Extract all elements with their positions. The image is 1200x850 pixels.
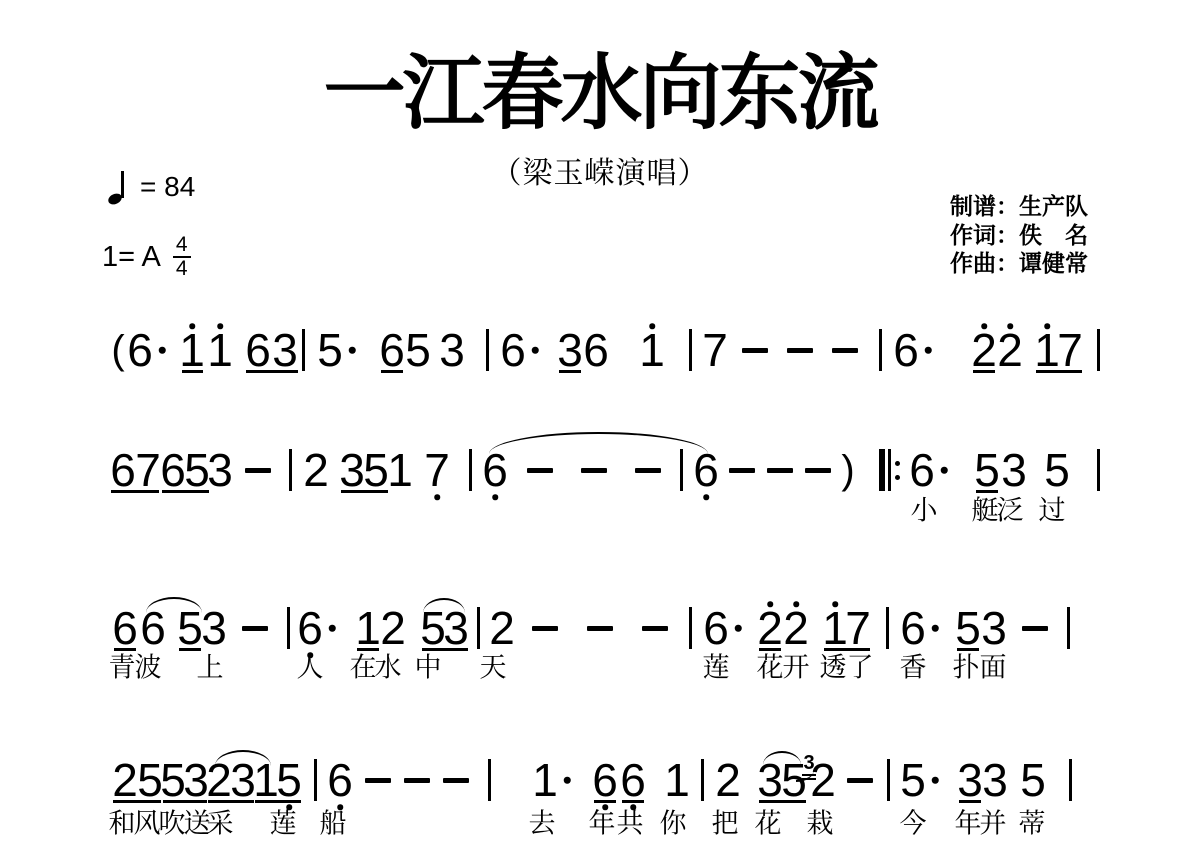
dot-after [329, 625, 336, 632]
jianpu-note-digit: 3 [183, 757, 209, 803]
barline [314, 759, 317, 801]
jianpu-note-digit: 3 [1001, 447, 1027, 493]
lyric-char: 采 [207, 802, 234, 841]
lyric-char: 共 [617, 802, 644, 841]
dot-after [532, 347, 539, 354]
jianpu-note-digit: 6 [110, 447, 136, 493]
dash-line [767, 468, 793, 473]
jianpu-note-digit: 3 [557, 327, 583, 373]
slur-arc [423, 598, 465, 613]
sheet-music-page: 一江春水向东流 （梁玉嵘演唱） = 84 1= A 4 4 制谱：生产队 作词：… [0, 0, 1200, 850]
beam-underline [182, 370, 203, 373]
jianpu-note-digit: 1 [179, 327, 205, 373]
dash-line [245, 468, 271, 473]
dash-line [1022, 626, 1048, 631]
dash-line [742, 348, 768, 353]
dash-line [587, 626, 613, 631]
jianpu-note-digit: 5 [974, 447, 1000, 493]
beam-underline [246, 370, 298, 373]
repeat-begin-sign [895, 461, 900, 466]
octave-dot-high [1007, 323, 1013, 329]
lyric-char: 花 [755, 802, 782, 841]
jianpu-note-digit: 6 [620, 757, 646, 803]
jianpu-note-digit: 7 [424, 447, 450, 493]
octave-dot-low [703, 494, 709, 500]
lyric-char: 小 [911, 489, 938, 528]
lyric-char: 面 [980, 646, 1007, 685]
jianpu-note-digit: 7 [1057, 327, 1083, 373]
slur-arc [146, 597, 202, 613]
barline [302, 329, 305, 371]
jianpu-note-digit: 6 [160, 447, 186, 493]
lyric-char: 香 [900, 646, 927, 685]
jianpu-note-digit: 6 [500, 327, 526, 373]
jianpu-note-digit: 1 [639, 327, 665, 373]
lyric-char: 今 [900, 802, 927, 841]
dash-line [805, 468, 831, 473]
jianpu-note-digit: 6 [909, 447, 935, 493]
jianpu-note-digit: 1 [207, 327, 233, 373]
jianpu-note-digit: 3 [201, 605, 227, 651]
barline [680, 449, 683, 491]
jianpu-note-digit: 5 [184, 447, 210, 493]
lyric-char: 把 [712, 802, 739, 841]
jianpu-note-digit: 3 [957, 757, 983, 803]
dash-line [532, 626, 558, 631]
dot-after [941, 467, 948, 474]
lyric-char: 过 [1039, 489, 1066, 528]
lyric-char: 开 [783, 646, 810, 685]
beam-underline [973, 370, 995, 373]
jianpu-note-digit: 2 [971, 327, 997, 373]
open-paren: ( [111, 330, 124, 370]
lyric-char: 你 [660, 802, 687, 841]
lyric-char: 天 [480, 646, 507, 685]
dash-line [729, 468, 755, 473]
dot-after [159, 347, 166, 354]
jianpu-note-digit: 5 [363, 447, 389, 493]
lyric-char: 上 [197, 646, 224, 685]
jianpu-note-digit: 6 [893, 327, 919, 373]
dot-after [735, 625, 742, 632]
jianpu-note-digit: 6 [127, 327, 153, 373]
dash-line [635, 468, 661, 473]
jianpu-note-digit: 1 [532, 757, 558, 803]
barline [289, 449, 292, 491]
beam-underline [341, 490, 388, 493]
jianpu-note-digit: 6 [583, 327, 609, 373]
lyric-char: 艇 [972, 489, 999, 528]
dot-after [564, 777, 571, 784]
jianpu-note-digit: 5 [1020, 757, 1046, 803]
jianpu-note-digit: 1 [387, 447, 413, 493]
close-paren: ) [841, 450, 854, 490]
jianpu-note-digit: 7 [135, 447, 161, 493]
barline [879, 329, 882, 371]
repeat-begin-sign [879, 449, 885, 491]
lyric-char: 在 [350, 646, 377, 685]
repeat-begin-sign [895, 475, 900, 480]
dot-after [932, 625, 939, 632]
octave-dot-high [649, 323, 655, 329]
dash-line [847, 778, 873, 783]
lyric-char: 莲 [270, 802, 297, 841]
jianpu-note-digit: 5 [405, 327, 431, 373]
dot-after [932, 777, 939, 784]
jianpu-note-digit: 3 [981, 605, 1007, 651]
notation-area: (6116356536361762217676532351766)6535小艇泛… [0, 0, 1200, 850]
lyric-char: 波 [135, 646, 162, 685]
dash-line [443, 778, 469, 783]
lyric-char: 风 [134, 802, 161, 841]
jianpu-note-digit: 6 [327, 757, 353, 803]
dash-line [365, 778, 391, 783]
jianpu-note-digit: 6 [592, 757, 618, 803]
slur-arc [215, 750, 271, 766]
jianpu-note-digit: 5 [955, 605, 981, 651]
dot-after [925, 347, 932, 354]
barline [287, 607, 290, 649]
dash-line [404, 778, 430, 783]
jianpu-note-digit: 2 [112, 757, 138, 803]
barline [1097, 449, 1100, 491]
jianpu-note-digit: 5 [137, 757, 163, 803]
lyric-char: 人 [297, 646, 324, 685]
barline [477, 607, 480, 649]
dash-line [642, 626, 668, 631]
jianpu-note-digit: 6 [112, 605, 138, 651]
octave-dot-high [1044, 323, 1050, 329]
jianpu-note-digit: 2 [783, 605, 809, 651]
repeat-begin-sign [888, 449, 891, 491]
lyric-char: 泛 [997, 489, 1024, 528]
lyric-char: 吹 [159, 802, 186, 841]
barline [469, 449, 472, 491]
lyric-char: 并 [980, 802, 1007, 841]
jianpu-note-digit: 2 [757, 605, 783, 651]
jianpu-note-digit: 6 [900, 605, 926, 651]
lyric-char: 年 [589, 802, 616, 841]
jianpu-note-digit: 2 [810, 757, 836, 803]
jianpu-note-digit: 6 [297, 605, 323, 651]
barline [689, 607, 692, 649]
jianpu-note-digit: 5 [900, 757, 926, 803]
jianpu-note-digit: 3 [439, 327, 465, 373]
beam-underline [559, 370, 581, 373]
octave-dot-high [832, 601, 838, 607]
barline [1069, 759, 1072, 801]
jianpu-note-digit: 3 [272, 327, 298, 373]
barline [689, 329, 692, 371]
dot-after [349, 347, 356, 354]
jianpu-note-digit: 1 [664, 757, 690, 803]
jianpu-note-digit: 3 [982, 757, 1008, 803]
lyric-char: 透 [820, 646, 847, 685]
jianpu-note-digit: 2 [489, 605, 515, 651]
dash-line [787, 348, 813, 353]
lyric-char: 水 [375, 646, 402, 685]
jianpu-note-digit: 7 [702, 327, 728, 373]
lyric-char: 和 [109, 802, 136, 841]
lyric-char: 花 [757, 646, 784, 685]
octave-dot-low [492, 494, 498, 500]
dash-line [242, 626, 268, 631]
lyric-char: 年 [955, 802, 982, 841]
lyric-char: 蒂 [1019, 802, 1046, 841]
barline [886, 607, 889, 649]
barline [486, 329, 489, 371]
jianpu-note-digit: 7 [845, 605, 871, 651]
octave-dot-high [217, 323, 223, 329]
jianpu-note-digit: 2 [303, 447, 329, 493]
jianpu-note-digit: 6 [703, 605, 729, 651]
jianpu-note-digit: 1 [355, 605, 381, 651]
lyric-char: 去 [529, 802, 556, 841]
lyric-char: 莲 [703, 646, 730, 685]
octave-dot-high [189, 323, 195, 329]
jianpu-note-digit: 1 [822, 605, 848, 651]
jianpu-note-digit: 3 [207, 447, 233, 493]
lyric-char: 栽 [807, 802, 834, 841]
jianpu-note-digit: 5 [276, 757, 302, 803]
octave-dot-high [767, 601, 773, 607]
lyric-char: 扑 [953, 646, 980, 685]
jianpu-note-digit: 5 [160, 757, 186, 803]
dash-line [832, 348, 858, 353]
beam-underline [111, 490, 159, 493]
beam-underline [381, 370, 403, 373]
dash-line [527, 468, 553, 473]
jianpu-note-digit: 6 [245, 327, 271, 373]
lyric-char: 青 [109, 646, 136, 685]
lyric-char: 中 [415, 646, 442, 685]
octave-dot-low [434, 494, 440, 500]
jianpu-note-digit: 5 [317, 327, 343, 373]
jianpu-note-digit: 3 [339, 447, 365, 493]
beam-underline [1036, 370, 1082, 373]
barline [1067, 607, 1070, 649]
lyric-char: 船 [320, 802, 347, 841]
octave-dot-high [981, 323, 987, 329]
dash-line [581, 468, 607, 473]
barline [1097, 329, 1100, 371]
jianpu-note-digit: 6 [379, 327, 405, 373]
barline [887, 759, 890, 801]
lyric-char: 了 [847, 646, 874, 685]
barline [488, 759, 491, 801]
jianpu-note-digit: 2 [380, 605, 406, 651]
barline [701, 759, 704, 801]
jianpu-note-digit: 5 [1044, 447, 1070, 493]
jianpu-note-digit: 2 [715, 757, 741, 803]
beam-underline [162, 490, 209, 493]
octave-dot-high [793, 601, 799, 607]
jianpu-note-digit: 2 [997, 327, 1023, 373]
jianpu-note-digit: 1 [1034, 327, 1060, 373]
slur-arc [489, 432, 708, 454]
